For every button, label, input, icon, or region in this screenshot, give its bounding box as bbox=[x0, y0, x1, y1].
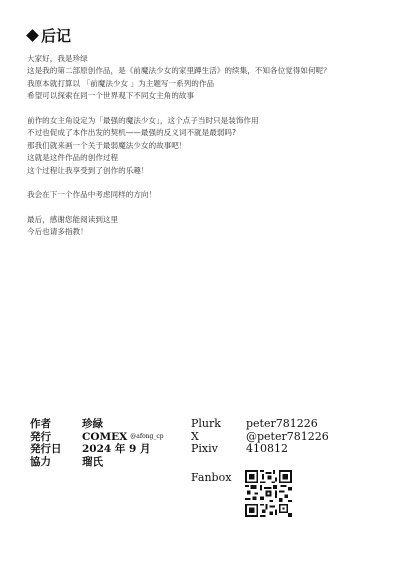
credit-row-cooperation: 協力 瑠氏 bbox=[30, 456, 164, 469]
social-block: Plurk peter781226 X @peter781226 Pixiv 4… bbox=[191, 418, 329, 456]
body-line: 最后，感谢您能阅读到这里 bbox=[27, 214, 387, 226]
afterword-body: 大家好，我是珍绿 这是我的第二部原创作品，是《前魔法少女的家里蹲生活》的续集，不… bbox=[27, 53, 387, 239]
body-line: 前作的女主角设定为「最强的魔法少女」，这个点子当时只是装饰作用 bbox=[27, 115, 387, 127]
body-line: 我会在下一个作品中考虑同样的方向！ bbox=[27, 189, 387, 201]
fanbox-label: Fanbox bbox=[191, 471, 231, 484]
body-line: 希望可以探索在同一个世界观下不同女主角的故事 bbox=[27, 90, 387, 102]
body-line: 我原本就打算以 「前魔法少女 」为主题写一系列的作品 bbox=[27, 78, 387, 90]
body-line: 这个过程让我享受到了创作的乐趣！ bbox=[27, 165, 387, 177]
diamond-bullet-icon bbox=[26, 29, 39, 42]
credits-block: 作者 珍緑 発行 COMEX @afong_cp 発行日 2024 年 9 月 … bbox=[30, 418, 164, 468]
body-line: 不过也促成了本作出发的契机——最强的反义词不就是最弱吗? bbox=[27, 127, 387, 139]
qr-code-icon bbox=[245, 470, 292, 517]
page-title: 后记 bbox=[27, 25, 71, 46]
publisher-handle: @afong_cp bbox=[130, 431, 163, 444]
body-line: 这是我的第二部原创作品，是《前魔法少女的家里蹲生活》的续集，不知各位觉得如何呢？ bbox=[27, 65, 387, 77]
credit-row-author: 作者 珍緑 bbox=[30, 418, 164, 431]
body-line: 大家好，我是珍绿 bbox=[27, 53, 387, 65]
body-line: 这就是这件作品的创作过程 bbox=[27, 152, 387, 164]
title-text: 后记 bbox=[41, 25, 71, 46]
social-row-pixiv: Pixiv 410812 bbox=[191, 443, 329, 456]
social-row-plurk: Plurk peter781226 bbox=[191, 418, 329, 431]
body-line: 今后也请多指教！ bbox=[27, 226, 387, 238]
credit-row-date: 発行日 2024 年 9 月 bbox=[30, 443, 164, 456]
credit-row-publisher: 発行 COMEX @afong_cp bbox=[30, 431, 164, 444]
body-line: 那我们就来画一个关于最弱魔法少女的故事吧！ bbox=[27, 140, 387, 152]
